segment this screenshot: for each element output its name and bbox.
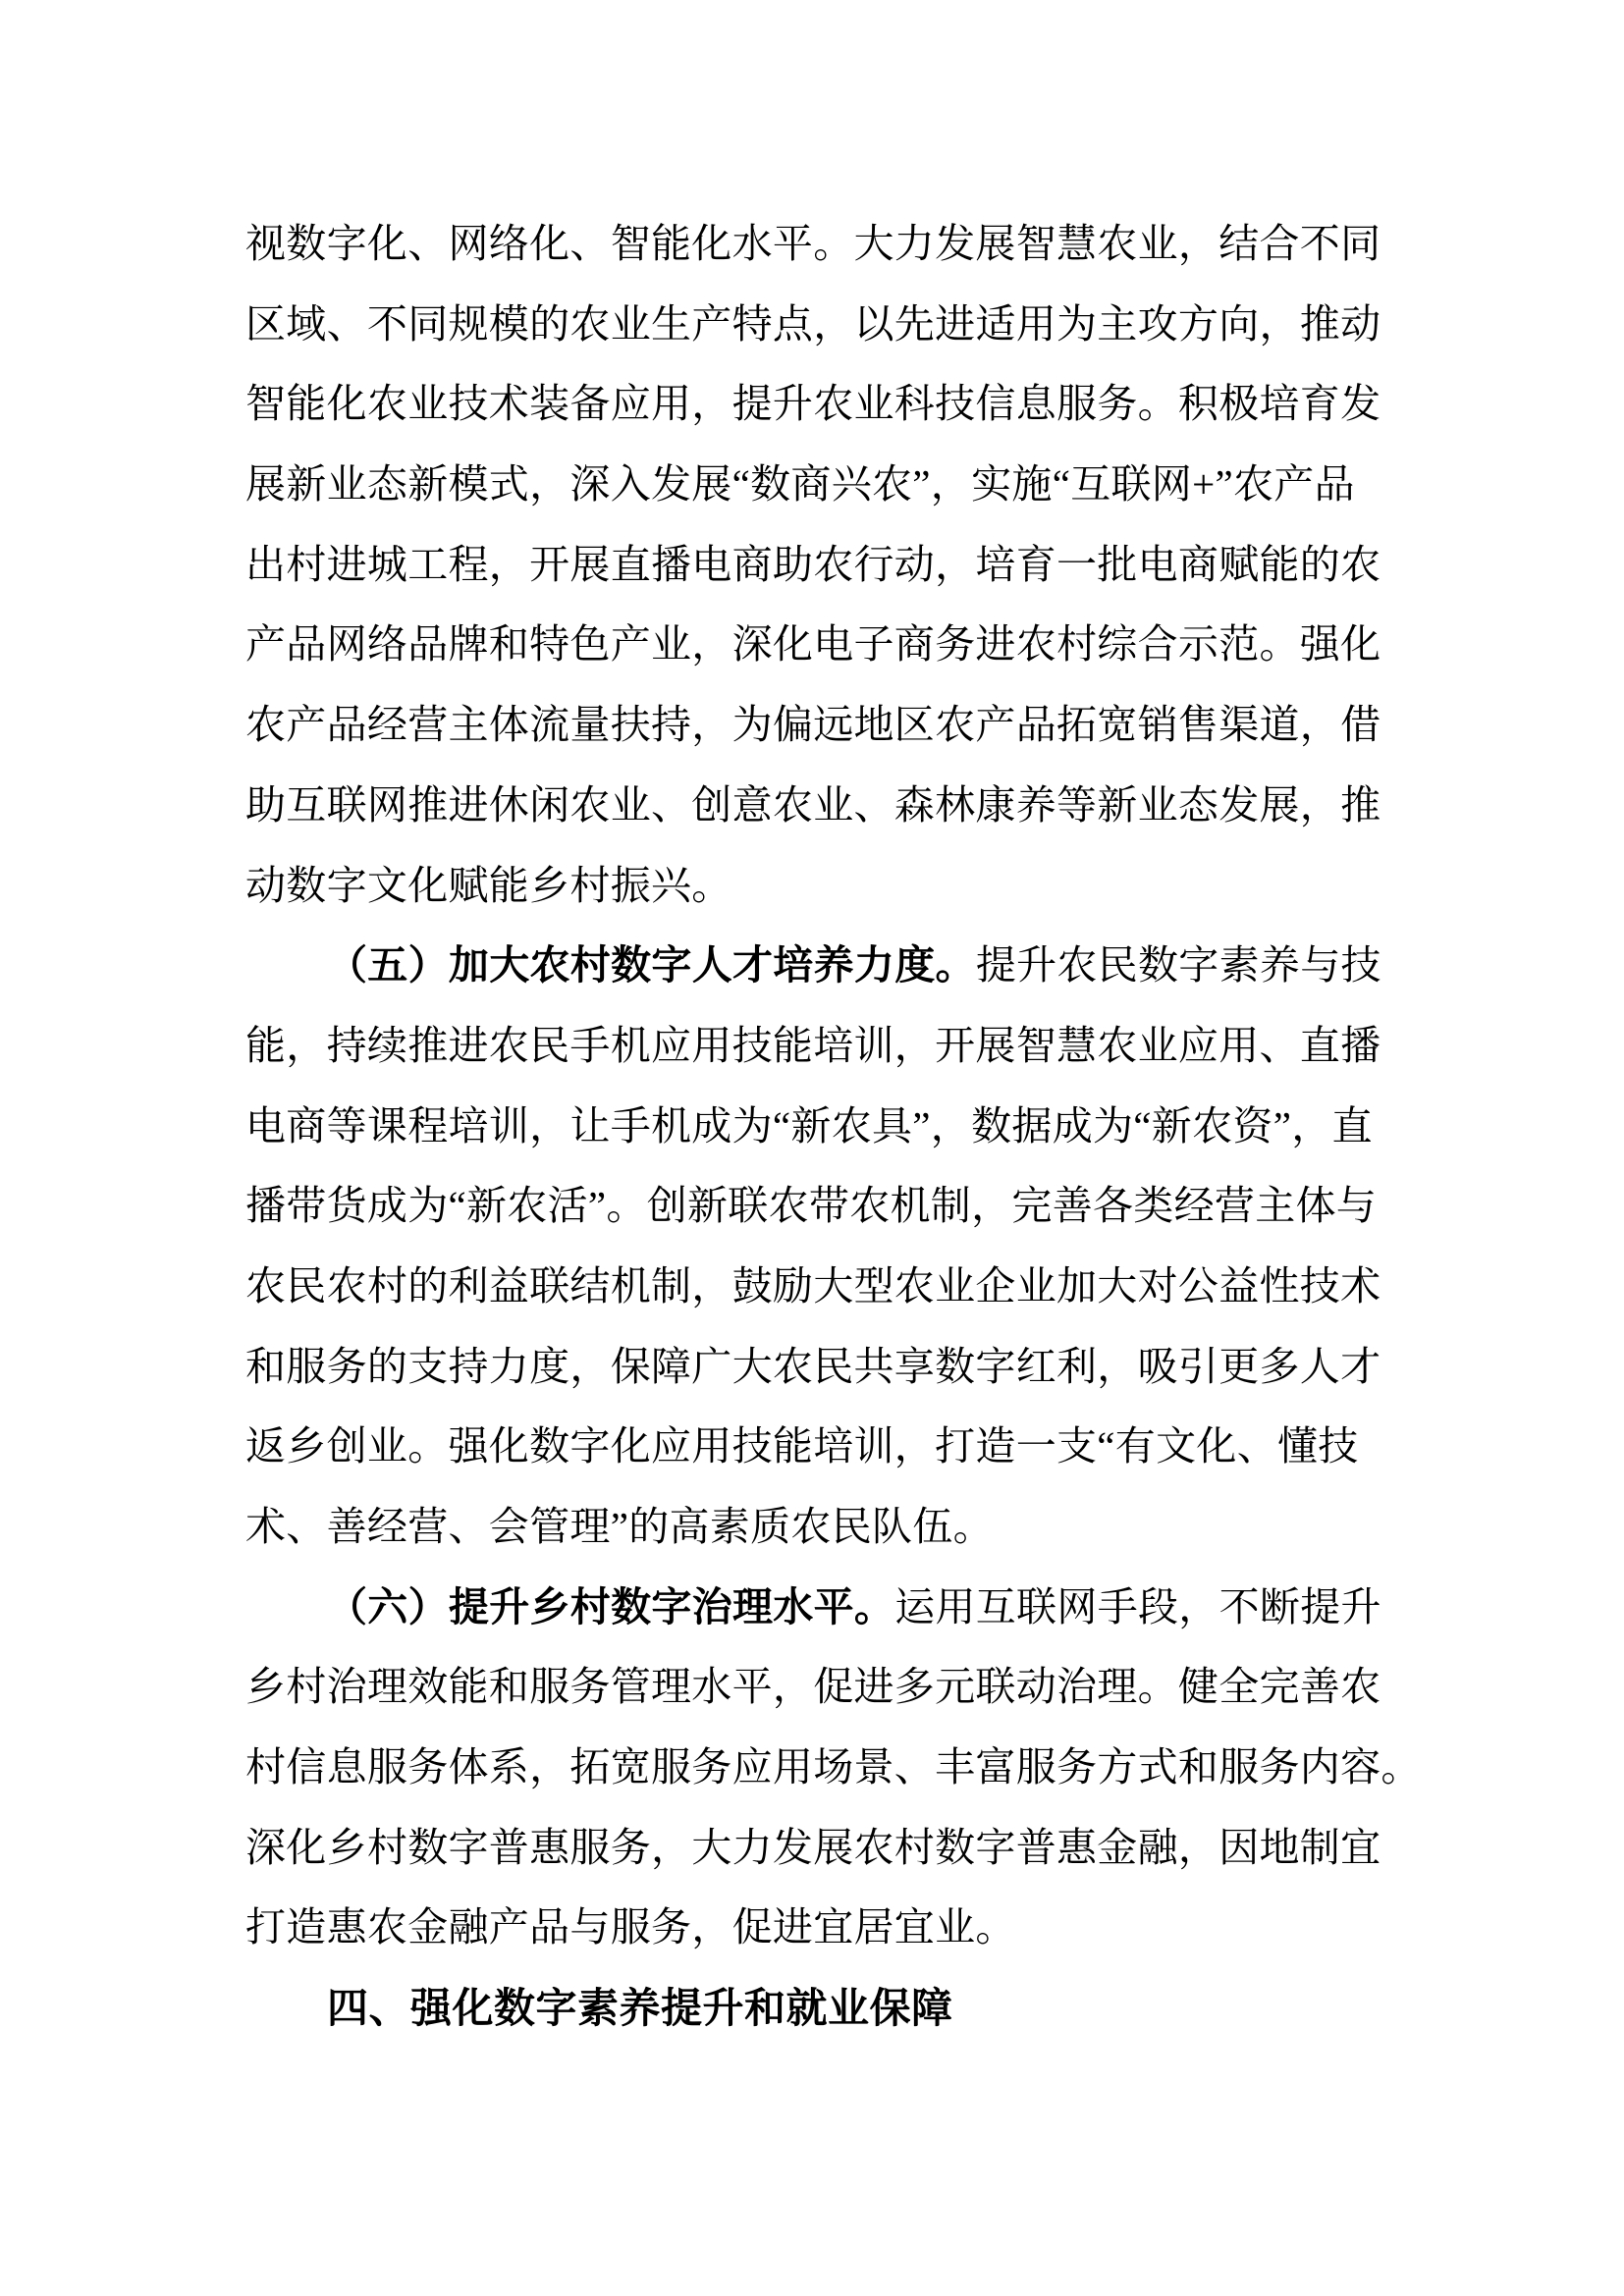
text-line: 农产品经营主体流量扶持，为偏远地区农产品拓宽销售渠道，借	[245, 685, 1382, 766]
text-line: 村信息服务体系，拓宽服务应用场景、丰富服务方式和服务内容。	[245, 1728, 1382, 1808]
text-line: 和服务的支持力度，保障广大农民共享数字红利，吸引更多人才	[245, 1327, 1382, 1408]
text-line: 电商等课程培训，让手机成为“新农具”，数据成为“新农资”，直	[245, 1087, 1382, 1167]
text-line: 区域、不同规模的农业生产特点，以先进适用为主攻方向，推动	[245, 285, 1382, 365]
text-line: 术、善经营、会管理”的高素质农民队伍。	[245, 1487, 1382, 1568]
text-line: 出村进城工程，开展直播电商助农行动，培育一批电商赋能的农	[245, 525, 1382, 606]
text-line: 动数字文化赋能乡村振兴。	[245, 846, 1382, 927]
text-line: 展新业态新模式，深入发展“数商兴农”，实施“互联网+”农产品	[245, 445, 1382, 525]
text-line: 能，持续推进农民手机应用技能培训，开展智慧农业应用、直播	[245, 1006, 1382, 1087]
paragraph-continuation: 视数字化、网络化、智能化水平。大力发展智慧农业，结合不同 区域、不同规模的农业生…	[245, 204, 1382, 926]
paragraph-lead: （五）加大农村数字人才培养力度。	[327, 942, 976, 988]
paragraph-lead: （六）提升乡村数字治理水平。	[327, 1584, 894, 1629]
text-block: 视数字化、网络化、智能化水平。大力发展智慧农业，结合不同 区域、不同规模的农业生…	[245, 204, 1382, 2049]
text-line: 乡村治理效能和服务管理水平，促进多元联动治理。健全完善农	[245, 1647, 1382, 1728]
text-line: 视数字化、网络化、智能化水平。大力发展智慧农业，结合不同	[245, 204, 1382, 285]
paragraph-lead-continuation: 运用互联网手段，不断提升	[894, 1584, 1381, 1629]
text-line: 助互联网推进休闲农业、创意农业、森林康养等新业态发展，推	[245, 766, 1382, 846]
text-line: （六）提升乡村数字治理水平。运用互联网手段，不断提升	[245, 1568, 1382, 1648]
text-line: 播带货成为“新农活”。创新联农带农机制，完善各类经营主体与	[245, 1166, 1382, 1247]
paragraph-section-6: （六）提升乡村数字治理水平。运用互联网手段，不断提升 乡村治理效能和服务管理水平…	[245, 1568, 1382, 1968]
paragraph-lead-continuation: 提升农民数字素养与技	[976, 942, 1381, 988]
section-heading: 四、强化数字素养提升和就业保障	[245, 1968, 1382, 2049]
text-line: 打造惠农金融产品与服务，促进宜居宜业。	[245, 1888, 1382, 1968]
document-page: 视数字化、网络化、智能化水平。大力发展智慧农业，结合不同 区域、不同规模的农业生…	[0, 0, 1624, 2296]
text-line: （五）加大农村数字人才培养力度。提升农民数字素养与技	[245, 926, 1382, 1006]
text-line: 深化乡村数字普惠服务，大力发展农村数字普惠金融，因地制宜	[245, 1808, 1382, 1889]
text-line: 返乡创业。强化数字化应用技能培训，打造一支“有文化、懂技	[245, 1407, 1382, 1487]
text-line: 智能化农业技术装备应用，提升农业科技信息服务。积极培育发	[245, 364, 1382, 445]
text-line: 产品网络品牌和特色产业，深化电子商务进农村综合示范。强化	[245, 605, 1382, 685]
paragraph-section-5: （五）加大农村数字人才培养力度。提升农民数字素养与技 能，持续推进农民手机应用技…	[245, 926, 1382, 1568]
text-line: 农民农村的利益联结机制，鼓励大型农业企业加大对公益性技术	[245, 1247, 1382, 1327]
